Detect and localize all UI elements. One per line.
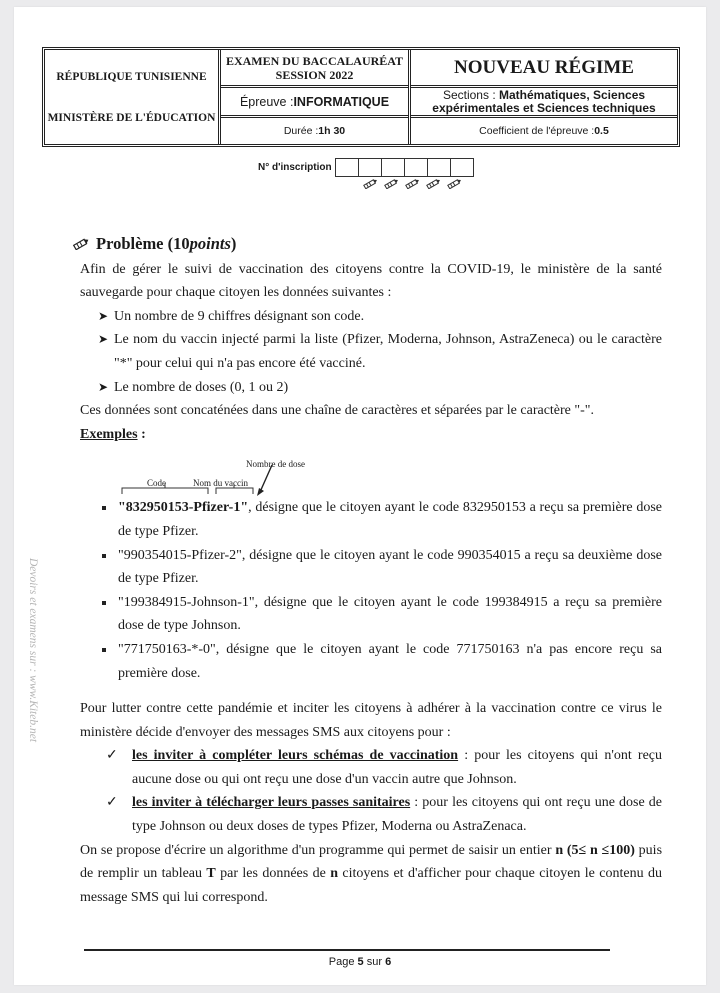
country-name: RÉPUBLIQUE TUNISIENNE xyxy=(56,71,206,83)
page-word: Page xyxy=(329,956,358,968)
problem-title: Problème (10 points) xyxy=(72,232,662,256)
regime-cell: NOUVEAU RÉGIME xyxy=(411,50,677,88)
problem-title-points: points xyxy=(190,232,231,256)
coefficient-cell: Coefficient de l'épreuve : 0.5 xyxy=(411,118,677,144)
pencil-icon xyxy=(383,179,399,189)
exam-title-cell: EXAMEN DU BACCALAURÉAT SESSION 2022 xyxy=(221,50,408,88)
duration-value: 1h 30 xyxy=(318,125,345,137)
task-text: par les données de xyxy=(216,866,330,881)
list-item: ➤Le nom du vaccin injecté parmi la liste… xyxy=(80,328,662,375)
task-text: On se propose d'écrire un algorithme d'u… xyxy=(80,843,555,858)
pencil-icon xyxy=(404,179,420,189)
inscription-box[interactable] xyxy=(427,158,451,177)
example-code: "199384915-Johnson-1" xyxy=(118,595,255,610)
example-item: "832950153-Pfizer-1", désigne que le cit… xyxy=(80,496,662,543)
example-item: "990354015-Pfizer-2", désigne que le cit… xyxy=(80,544,662,591)
example-code: "771750163-*-0" xyxy=(118,642,216,657)
sms-item: ✓les inviter à télécharger leurs passes … xyxy=(80,791,662,838)
sections-label: Sections : xyxy=(443,88,499,102)
task-n: n xyxy=(330,866,338,881)
data-fields-list: ➤Un nombre de 9 chiffres désignant son c… xyxy=(80,305,662,399)
arrow-bullet-icon: ➤ xyxy=(98,376,108,400)
annotation-brackets xyxy=(120,446,300,496)
regime-title: NOUVEAU RÉGIME xyxy=(454,57,634,79)
header-left-cell: RÉPUBLIQUE TUNISIENNE MINISTÈRE DE L'ÉDU… xyxy=(45,50,221,144)
example-code: "990354015-Pfizer-2" xyxy=(118,548,242,563)
list-item: ➤Le nombre de doses (0, 1 ou 2) xyxy=(80,376,662,400)
example-code: "832950153-Pfizer-1" xyxy=(118,500,248,515)
exam-session: SESSION 2022 xyxy=(226,68,403,82)
list-item-text: Le nombre de doses (0, 1 ou 2) xyxy=(114,380,288,395)
coefficient-label: Coefficient de l'épreuve : xyxy=(479,125,594,137)
sms-list: ✓les inviter à compléter leurs schémas d… xyxy=(80,744,662,838)
pencil-icon xyxy=(362,179,378,189)
inscription-box[interactable] xyxy=(335,158,359,177)
problem-title-close: ) xyxy=(231,232,237,256)
arrow-bullet-icon: ➤ xyxy=(98,305,108,329)
examples-list: "832950153-Pfizer-1", désigne que le cit… xyxy=(80,496,662,685)
inscription-box[interactable] xyxy=(381,158,405,177)
pencil-icon xyxy=(72,238,90,250)
inscription-box[interactable] xyxy=(450,158,474,177)
watermark: Devoirs et examens sur : www.Kiteb.net xyxy=(27,558,39,742)
exam-header-table: RÉPUBLIQUE TUNISIENNE MINISTÈRE DE L'ÉDU… xyxy=(42,47,680,147)
inscription-block: N° d'inscription xyxy=(258,158,474,189)
header-center-column: EXAMEN DU BACCALAURÉAT SESSION 2022 Épre… xyxy=(221,50,411,144)
sms-intro: Pour lutter contre cette pandémie et inc… xyxy=(80,697,662,744)
task-n-range: n (5≤ n ≤100) xyxy=(555,843,635,858)
checkmark-icon: ✓ xyxy=(106,791,118,815)
concat-note: Ces données sont concaténées dans une ch… xyxy=(80,399,662,423)
sections-value-2: expérimentales et Sciences techniques xyxy=(432,102,655,115)
subject-label: Épreuve : xyxy=(240,95,294,109)
square-bullet-icon xyxy=(102,506,106,510)
square-bullet-icon xyxy=(102,554,106,558)
examples-heading: Exemples : xyxy=(80,423,662,447)
inscription-box[interactable] xyxy=(404,158,428,177)
coefficient-value: 0.5 xyxy=(594,125,609,137)
sms-item-title: les inviter à télécharger leurs passes s… xyxy=(132,795,410,810)
list-item-text: Un nombre de 9 chiffres désignant son co… xyxy=(114,309,364,324)
footer-divider xyxy=(84,949,610,951)
inscription-box[interactable] xyxy=(358,158,382,177)
sms-item-title: les inviter à compléter leurs schémas de… xyxy=(132,748,458,763)
examples-label: Exemples xyxy=(80,427,138,442)
arrow-bullet-icon: ➤ xyxy=(98,328,108,352)
exam-title: EXAMEN DU BACCALAURÉAT xyxy=(226,54,403,68)
duration-label: Durée : xyxy=(284,125,318,137)
sections-value-1: Mathématiques, Sciences xyxy=(499,88,645,102)
list-item-text: Le nom du vaccin injecté parmi la liste … xyxy=(114,332,662,371)
duration-cell: Durée : 1h 30 xyxy=(221,118,408,144)
example-item: "199384915-Johnson-1", désigne que le ci… xyxy=(80,591,662,638)
list-item: ➤Un nombre de 9 chiffres désignant son c… xyxy=(80,305,662,329)
inscription-label: N° d'inscription xyxy=(258,162,332,173)
intro-paragraph: Afin de gérer le suivi de vaccination de… xyxy=(80,258,662,305)
problem-section: Problème (10 points) Afin de gérer le su… xyxy=(80,232,662,909)
square-bullet-icon xyxy=(102,601,106,605)
subject-cell: Épreuve : INFORMATIQUE xyxy=(221,88,408,118)
page-number: Page 5 sur 6 xyxy=(0,956,720,968)
task-paragraph: On se propose d'écrire un algorithme d'u… xyxy=(80,839,662,910)
pencil-row xyxy=(362,179,474,189)
checkmark-icon: ✓ xyxy=(106,744,118,768)
subject-value: INFORMATIQUE xyxy=(293,95,389,109)
task-array-name: T xyxy=(206,866,215,881)
example-annotation-area: Code Nom du vaccin Nombre de dose xyxy=(80,446,662,496)
pencil-icon xyxy=(446,179,462,189)
header-right-column: NOUVEAU RÉGIME Sections : Mathématiques,… xyxy=(411,50,677,144)
page-total: 6 xyxy=(385,956,391,968)
example-item: "771750163-*-0", désigne que le citoyen … xyxy=(80,638,662,685)
sections-cell: Sections : Mathématiques, Sciences expér… xyxy=(411,88,677,118)
sms-item: ✓les inviter à compléter leurs schémas d… xyxy=(80,744,662,791)
inscription-boxes[interactable] xyxy=(336,158,474,177)
page-sur: sur xyxy=(364,956,385,968)
ministry-name: MINISTÈRE DE L'ÉDUCATION xyxy=(48,112,216,124)
problem-title-text: Problème (10 xyxy=(96,232,190,256)
examples-colon: : xyxy=(138,427,146,442)
square-bullet-icon xyxy=(102,648,106,652)
pencil-icon xyxy=(425,179,441,189)
